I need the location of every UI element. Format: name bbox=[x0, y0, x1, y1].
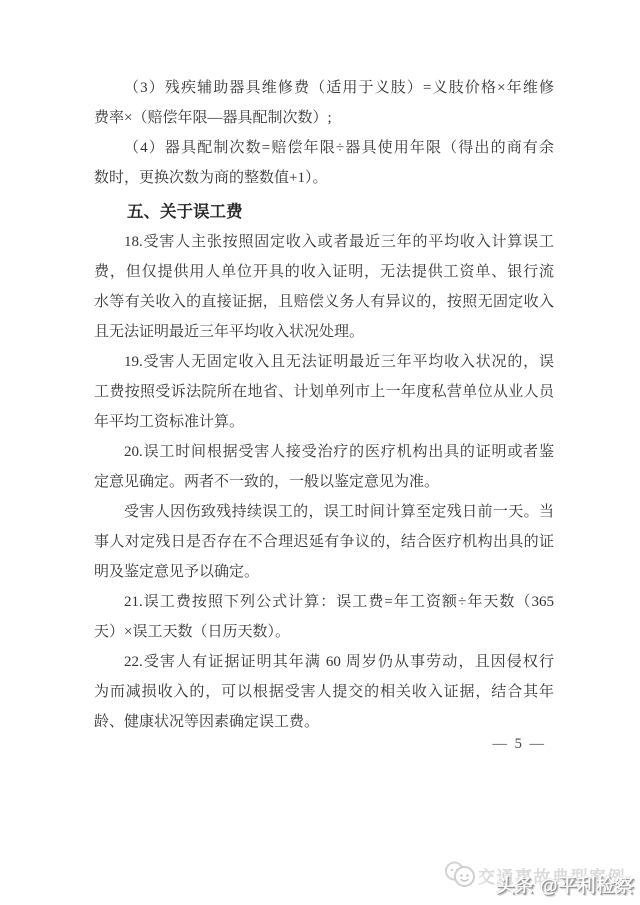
document-text-line: 20.误工时间根据受害人接受治疗的医疗机构出具的证明或者鉴 bbox=[94, 437, 554, 467]
document-text-line: （4）器具配制次数=赔偿年限÷器具使用年限（得出的商有余 bbox=[94, 133, 554, 163]
document-text-line: （3）残疾辅助器具维修费（适用于义肢）=义肢价格×年维修 bbox=[94, 73, 554, 103]
document-text-line: 龄、健康状况等因素确定误工费。 bbox=[94, 707, 554, 737]
document-text-line: 事人对定残日是否存在不合理迟延有争议的，结合医疗机构出具的证 bbox=[94, 527, 554, 557]
watermark-foreground-text: 头条 @平利检察 bbox=[496, 872, 634, 898]
chat-bubbles-icon bbox=[444, 860, 476, 895]
document-text-line: 受害人因伤致残持续误工的，误工时间计算至定残日前一天。当 bbox=[94, 497, 554, 527]
document-page: （3）残疾辅助器具维修费（适用于义肢）=义肢价格×年维修费率×（赔偿年限—器具配… bbox=[0, 0, 640, 905]
document-text-line: 工费按照受诉法院所在地省、计划单列市上一年度私营单位从业人员 bbox=[94, 377, 554, 407]
document-text-line: 数时，更换次数为商的整数值+1）。 bbox=[94, 163, 554, 193]
document-text-line: 且无法证明最近三年平均收入状况处理。 bbox=[94, 317, 554, 347]
document-text-line: 22.受害人有证据证明其年满 60 周岁仍从事劳动，且因侵权行 bbox=[94, 647, 554, 677]
document-text-line: 定意见确定。两者不一致的，一般以鉴定意见为准。 bbox=[94, 467, 554, 497]
document-body: （3）残疾辅助器具维修费（适用于义肢）=义肢价格×年维修费率×（赔偿年限—器具配… bbox=[94, 73, 554, 737]
watermark: 交通事故典型案例 头条 @平利检察 bbox=[438, 856, 638, 902]
document-text-line: 18.受害人主张按照固定收入或者最近三年的平均收入计算误工 bbox=[94, 227, 554, 257]
document-text-line: 明及鉴定意见予以确定。 bbox=[94, 557, 554, 587]
section-heading: 五、关于误工费 bbox=[94, 197, 554, 227]
document-text-line: 天）×误工天数（日历天数）。 bbox=[94, 617, 554, 647]
document-text-line: 为而减损收入的，可以根据受害人提交的相关收入证据，结合其年 bbox=[94, 677, 554, 707]
document-text-line: 19.受害人无固定收入且无法证明最近三年平均收入状况的，误 bbox=[94, 347, 554, 377]
document-text-line: 水等有关收入的直接证据，且赔偿义务人有异议的，按照无固定收入 bbox=[94, 287, 554, 317]
document-text-line: 21.误工费按照下列公式计算：误工费=年工资额÷年天数（365 bbox=[94, 587, 554, 617]
document-text-line: 费率×（赔偿年限—器具配制次数）; bbox=[94, 103, 554, 133]
page-number: — 5 — bbox=[94, 736, 546, 753]
document-text-line: 费，但仅提供用人单位开具的收入证明，无法提供工资单、银行流 bbox=[94, 257, 554, 287]
document-text-line: 年平均工资标准计算。 bbox=[94, 407, 554, 437]
